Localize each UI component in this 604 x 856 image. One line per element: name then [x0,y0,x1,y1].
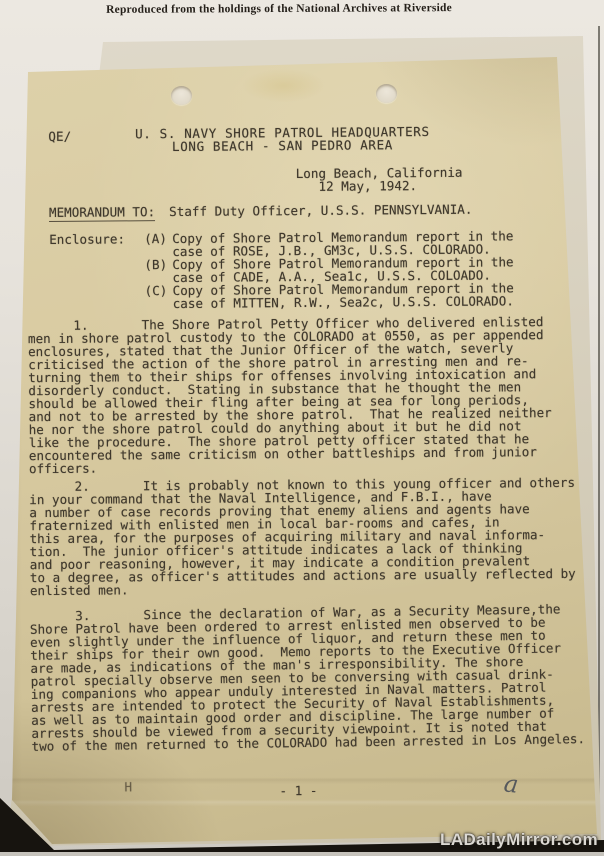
enclosure-list: (A) Copy of Shore Patrol Memorandum repo… [144,229,514,310]
photo-bottom-border [0,852,604,856]
memorandum-to-label: MEMORANDUM TO: [49,204,155,222]
paragraph-1: 1. The Shore Patrol Petty Officer who de… [28,315,552,475]
memorandum-to-line: MEMORANDUM TO:Staff Duty Officer, U.S.S.… [49,203,473,219]
memorandum-recipient: Staff Duty Officer, U.S.S. PENNSYLVANIA. [169,202,472,219]
enclosure-label: Enclosure: [49,232,125,246]
paragraph-3: 3. Since the declaration of War, as a Se… [30,602,585,753]
memo-page: QE/ U. S. NAVY SHORE PATROL HEADQUARTERS… [0,0,604,856]
enclosure-tag: (C) [145,284,173,310]
enclosure-text: Copy of Shore Patrol Memorandum report i… [172,229,513,258]
page-number: - 1 - [279,784,317,797]
site-watermark: LADailyMirror.com [440,830,598,850]
scanned-document-photo: Reproduced from the holdings of the Nati… [0,0,604,856]
typewritten-text-layer: QE/ U. S. NAVY SHORE PATROL HEADQUARTERS… [0,0,604,856]
dateline: Long Beach, California 12 May, 1942. [296,166,463,193]
paragraph-2: 2. It is probably not known to this youn… [29,476,576,597]
archive-reproduction-stamp: Reproduced from the holdings of the Nati… [0,2,558,17]
enclosure-text: Copy of Shore Patrol Memorandum report i… [173,281,514,310]
enclosure-tag: (A) [144,232,172,258]
enclosure-item-c: (C) Copy of Shore Patrol Memorandum repo… [145,281,514,310]
faint-stamp-mark: H [124,780,132,793]
letterhead: U. S. NAVY SHORE PATROL HEADQUARTERS LON… [26,124,538,154]
enclosure-tag: (B) [144,258,172,284]
enclosure-text: Copy of Shore Patrol Memorandum report i… [172,255,513,284]
